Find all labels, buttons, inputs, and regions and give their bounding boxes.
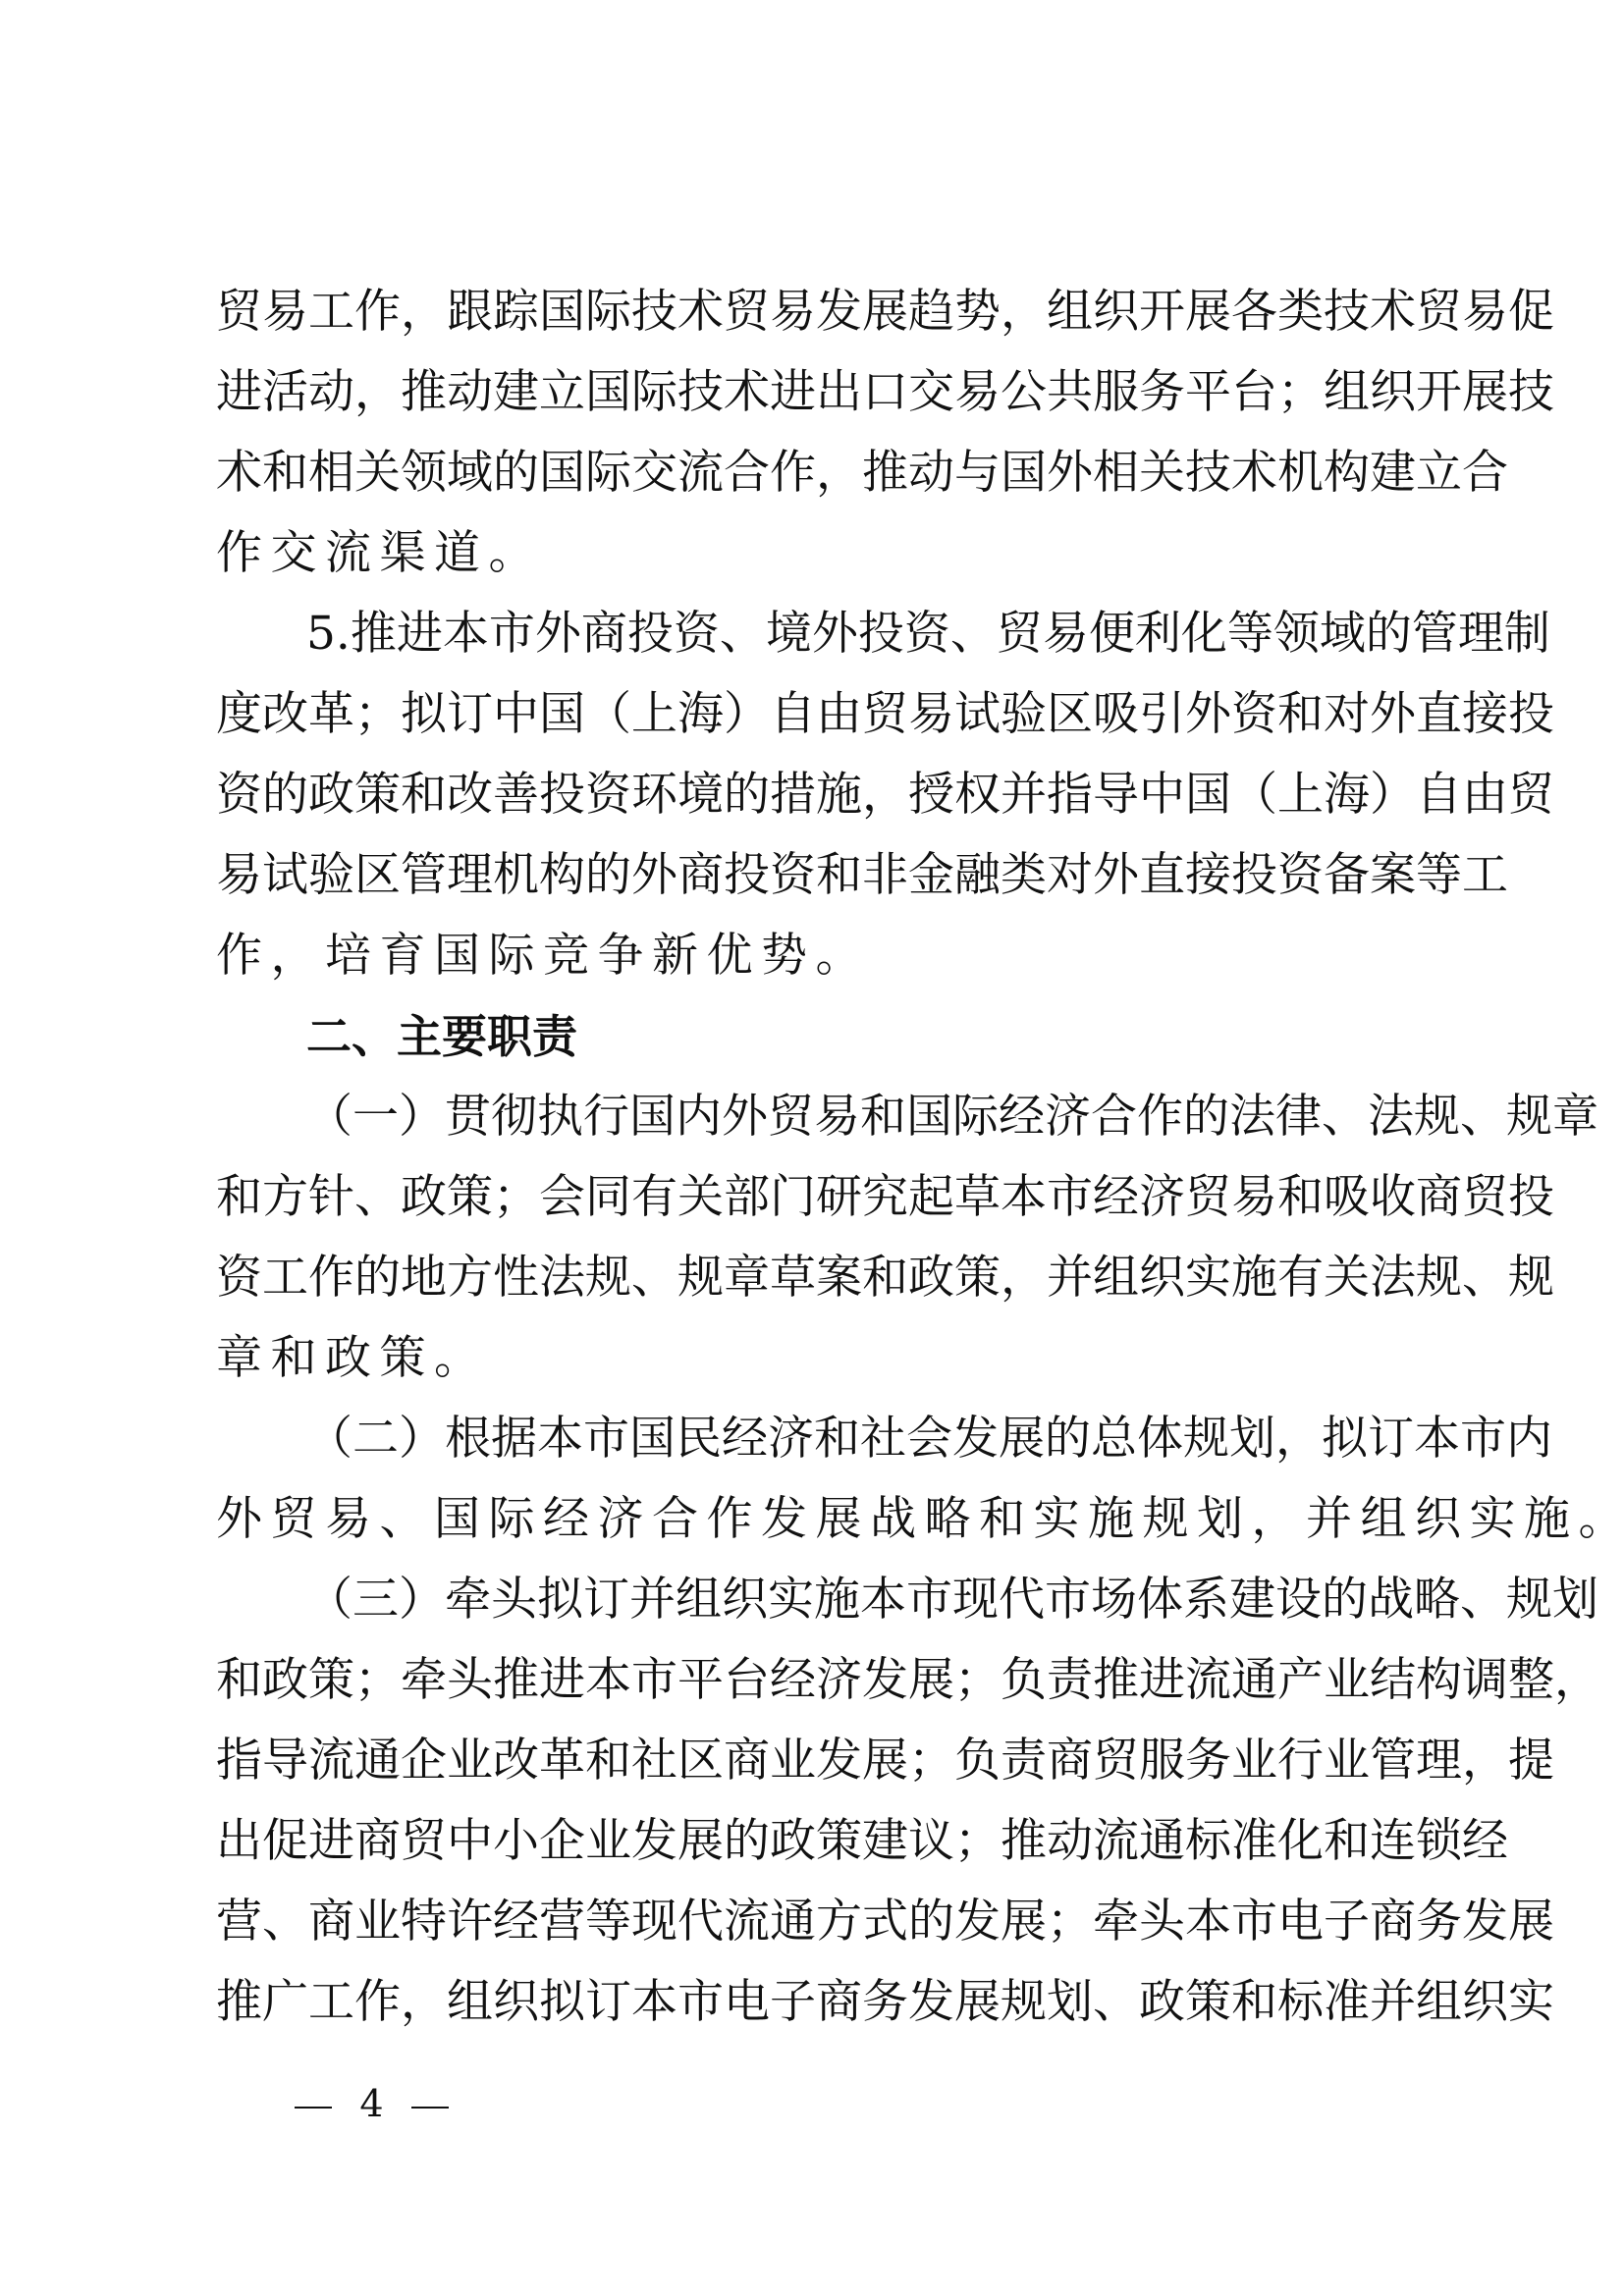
footer-dash-left	[295, 2107, 332, 2109]
section-heading: 二、主要职责	[216, 1001, 1410, 1082]
text-line: 营、商业特许经营等现代流通方式的发展；牵头本市电子商务发展	[216, 1887, 1410, 1967]
text-line: （三）牵头拟订并组织实施本市现代市场体系建设的战略、规划	[216, 1565, 1410, 1645]
footer-dash-right	[411, 2107, 449, 2109]
text-line: 外贸易、国际经济合作发展战略和实施规划，并组织实施。	[216, 1484, 1410, 1565]
page-footer: 4	[247, 2030, 449, 2177]
text-line: 章和政策。	[216, 1323, 1410, 1404]
text-line: 5.推进本市外商投资、境外投资、贸易便利化等领域的管理制	[216, 599, 1410, 679]
text-line: 易试验区管理机构的外商投资和非金融类对外直接投资备案等工	[216, 840, 1410, 921]
text-line: 作，培育国际竞争新优势。	[216, 921, 1410, 1001]
text-line: （二）根据本市国民经济和社会发展的总体规划，拟订本市内	[216, 1404, 1410, 1484]
document-body: 贸易工作，跟踪国际技术贸易发展趋势，组织开展各类技术贸易促 进活动，推动建立国际…	[216, 277, 1410, 2048]
text-line: 术和相关领域的国际交流合作，推动与国外相关技术机构建立合	[216, 438, 1410, 518]
text-line: 资的政策和改善投资环境的措施，授权并指导中国（上海）自由贸	[216, 760, 1410, 840]
text-line: 出促进商贸中小企业发展的政策建议；推动流通标准化和连锁经	[216, 1806, 1410, 1887]
text-line: （一）贯彻执行国内外贸易和国际经济合作的法律、法规、规章	[216, 1082, 1410, 1162]
paragraph-duty-1: （一）贯彻执行国内外贸易和国际经济合作的法律、法规、规章 和方针、政策；会同有关…	[216, 1082, 1410, 1404]
text-line: 和政策；牵头推进本市平台经济发展；负责推进流通产业结构调整，	[216, 1645, 1410, 1726]
paragraph-duty-3: （三）牵头拟订并组织实施本市现代市场体系建设的战略、规划 和政策；牵头推进本市平…	[216, 1565, 1410, 2048]
text-line: 指导流通企业改革和社区商业发展；负责商贸服务业行业管理，提	[216, 1726, 1410, 1806]
page-number: 4	[359, 2079, 383, 2128]
document-page: 贸易工作，跟踪国际技术贸易发展趋势，组织开展各类技术贸易促 进活动，推动建立国际…	[0, 0, 1624, 2296]
text-line: 贸易工作，跟踪国际技术贸易发展趋势，组织开展各类技术贸易促	[216, 277, 1410, 357]
paragraph-duty-2: （二）根据本市国民经济和社会发展的总体规划，拟订本市内 外贸易、国际经济合作发展…	[216, 1404, 1410, 1565]
text-line: 进活动，推动建立国际技术进出口交易公共服务平台；组织开展技	[216, 357, 1410, 438]
text-line: 度改革；拟订中国（上海）自由贸易试验区吸引外资和对外直接投	[216, 679, 1410, 760]
paragraph-item-5: 5.推进本市外商投资、境外投资、贸易便利化等领域的管理制 度改革；拟订中国（上海…	[216, 599, 1410, 1001]
paragraph-continued: 贸易工作，跟踪国际技术贸易发展趋势，组织开展各类技术贸易促 进活动，推动建立国际…	[216, 277, 1410, 599]
text-line: 资工作的地方性法规、规章草案和政策，并组织实施有关法规、规	[216, 1243, 1410, 1323]
text-line: 和方针、政策；会同有关部门研究起草本市经济贸易和吸收商贸投	[216, 1162, 1410, 1243]
text-line: 作交流渠道。	[216, 518, 1410, 599]
